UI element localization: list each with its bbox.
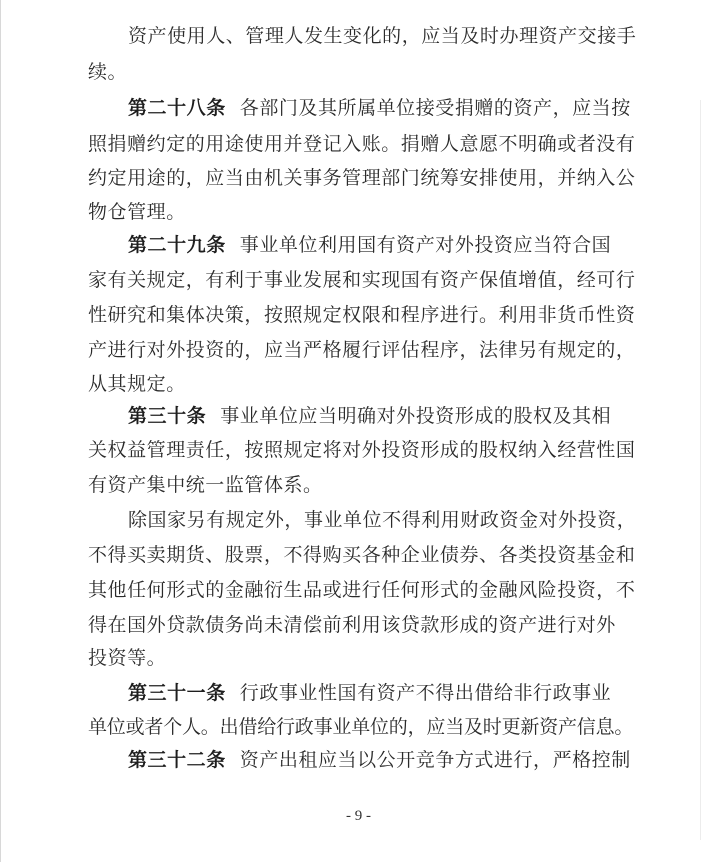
paragraph-line: 性研究和集体决策，按照规定权限和程序进行。利用非货币性资 [88,300,618,330]
line-text: 其他任何形式的金融衍生品或进行任何形式的金融风险投资，不 [88,579,635,601]
line-text: 资产使用人、管理人发生变化的，应当及时办理资产交接手 [128,25,636,47]
line-text: 关权益管理责任，按照规定将对外投资形成的股权纳入经营性国 [88,439,635,461]
line-text: 约定用途的，应当由机关事务管理部门统筹安排使用，并纳入公 [88,167,635,189]
article-heading: 第三十一条 [128,682,226,704]
paragraph-line: 资产使用人、管理人发生变化的，应当及时办理资产交接手 [128,21,618,51]
paragraph-line: 家有关规定，有利于事业发展和实现国有资产保值增值，经可行 [88,265,618,295]
line-text: 单位或者个人。出借给行政事业单位的，应当及时更新资产信息。 [88,716,633,738]
line-text: 不得买卖期货、股票，不得购买各种企业债券、各类投资基金和 [88,544,635,566]
article-29-line: 第二十九条事业单位利用国有资产对外投资应当符合国 [128,230,618,260]
line-text: 照捐赠约定的用途使用并登记入账。捐赠人意愿不明确或者没有 [88,133,635,155]
line-text: 行政事业性国有资产不得出借给非行政事业 [240,682,611,704]
line-text: 得在国外贷款债务尚未清偿前利用该贷款形成的资产进行对外 [88,614,616,636]
line-text: 资产出租应当以公开竞争方式进行，严格控制 [240,749,631,771]
paragraph-line: 物仓管理。 [88,197,618,227]
paragraph-line: 约定用途的，应当由机关事务管理部门统筹安排使用，并纳入公 [88,163,618,193]
paragraph-line: 除国家另有规定外，事业单位不得利用财政资金对外投资， [128,505,618,535]
article-31-line: 第三十一条行政事业性国有资产不得出借给非行政事业 [128,678,618,708]
article-32-line: 第三十二条资产出租应当以公开竞争方式进行，严格控制 [128,745,618,775]
paragraph-line: 续。 [88,57,618,87]
paragraph-line: 其他任何形式的金融衍生品或进行任何形式的金融风险投资，不 [88,575,618,605]
paragraph-line: 产进行对外投资的，应当严格履行评估程序，法律另有规定的， [88,335,618,365]
line-text: 事业单位应当明确对外投资形成的股权及其相 [220,405,611,427]
line-text: 有资产集中统一监管体系。 [88,474,323,496]
paragraph-line: 得在国外贷款债务尚未清偿前利用该贷款形成的资产进行对外 [88,610,618,640]
page-edge-left [0,0,1,862]
article-heading: 第三十二条 [128,749,226,771]
page-number: - 9 - [0,808,717,825]
line-text: 从其规定。 [88,373,186,395]
article-heading: 第三十条 [128,405,206,427]
page-edge-right [700,100,701,840]
line-text: 各部门及其所属单位接受捐赠的资产，应当按 [240,97,631,119]
paragraph-line: 从其规定。 [88,369,618,399]
paragraph-line: 不得买卖期货、股票，不得购买各种企业债券、各类投资基金和 [88,540,618,570]
paragraph-line: 有资产集中统一监管体系。 [88,470,618,500]
article-heading: 第二十九条 [128,234,226,256]
line-text: 家有关规定，有利于事业发展和实现国有资产保值增值，经可行 [88,269,635,291]
paragraph-line: 单位或者个人。出借给行政事业单位的，应当及时更新资产信息。 [88,712,618,742]
line-text: 产进行对外投资的，应当严格履行评估程序，法律另有规定的， [88,339,635,361]
article-30-line: 第三十条事业单位应当明确对外投资形成的股权及其相 [128,401,618,431]
line-text: 性研究和集体决策，按照规定权限和程序进行。利用非货币性资 [88,304,635,326]
line-text: 事业单位利用国有资产对外投资应当符合国 [240,234,611,256]
line-text: 除国家另有规定外，事业单位不得利用财政资金对外投资， [128,509,636,531]
paragraph-line: 投资等。 [88,643,618,673]
line-text: 投资等。 [88,647,166,669]
article-heading: 第二十八条 [128,97,226,119]
article-28-line: 第二十八条各部门及其所属单位接受捐赠的资产，应当按 [128,93,618,123]
paragraph-line: 照捐赠约定的用途使用并登记入账。捐赠人意愿不明确或者没有 [88,129,618,159]
line-text: 物仓管理。 [88,201,186,223]
line-text: 续。 [88,61,127,83]
paragraph-line: 关权益管理责任，按照规定将对外投资形成的股权纳入经营性国 [88,435,618,465]
